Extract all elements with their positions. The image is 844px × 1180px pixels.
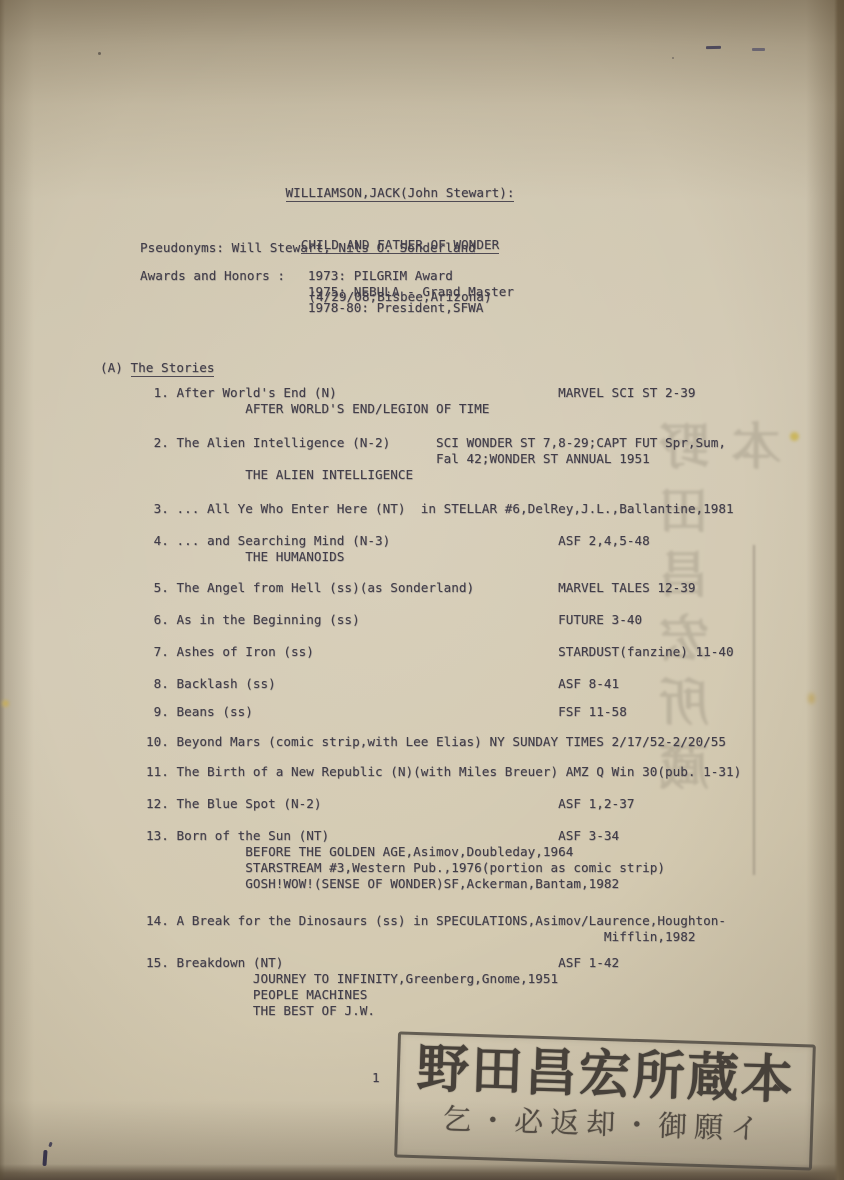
title-author-line: WILLIAMSON,JACK(John Stewart): — [250, 184, 550, 201]
paper-speck — [672, 57, 674, 59]
ghost-stamp-border — [753, 545, 755, 875]
story-item-5: 5. The Angel from Hell (ss)(as Sonderlan… — [146, 580, 696, 596]
story-item-11: 11. The Birth of a New Republic (N)(with… — [146, 764, 741, 780]
story-item-10: 10. Beyond Mars (comic strip,with Lee El… — [146, 734, 726, 750]
section-title: The Stories — [131, 360, 215, 377]
story-item-1: 1. After World's End (N) MARVEL SCI ST 2… — [146, 385, 696, 417]
ghost-stamp-bleedthrough: 野田昌宏所蔵本 — [652, 420, 796, 860]
page-number: 1 — [372, 1070, 380, 1086]
pen-dash-mark — [752, 48, 765, 51]
scanned-page: 野田昌宏所蔵本 WILLIAMSON,JACK(John Stewart): C… — [0, 0, 844, 1180]
section-heading: (A) The Stories — [100, 360, 214, 376]
pseudonyms-line: Pseudonyms: Will Stewart, Nils O. Sonder… — [140, 240, 476, 256]
paper-speck — [98, 52, 101, 55]
story-item-2: 2. The Alien Intelligence (N-2) SCI WOND… — [146, 435, 726, 483]
paper-stain — [2, 700, 9, 707]
pen-mark — [48, 1142, 52, 1148]
story-item-7: 7. Ashes of Iron (ss) STARDUST(fanzine) … — [146, 644, 734, 660]
story-item-4: 4. ... and Searching Mind (N-3) ASF 2,4,… — [146, 533, 650, 565]
story-item-13: 13. Born of the Sun (NT) ASF 3-34 BEFORE… — [146, 828, 665, 892]
story-item-8: 8. Backlash (ss) ASF 8-41 — [146, 676, 619, 692]
story-item-15: 15. Breakdown (NT) ASF 1-42 JOURNEY TO I… — [146, 955, 619, 1019]
pen-mark — [42, 1150, 47, 1166]
story-item-14: 14. A Break for the Dinosaurs (ss) in SP… — [146, 913, 726, 945]
story-item-6: 6. As in the Beginning (ss) FUTURE 3-40 — [146, 612, 642, 628]
story-item-12: 12. The Blue Spot (N-2) ASF 1,2-37 — [146, 796, 634, 812]
paper-stain — [808, 693, 815, 704]
title-author-text: WILLIAMSON,JACK(John Stewart): — [286, 185, 515, 202]
pen-dash-mark — [706, 46, 721, 49]
awards-block: Awards and Honors : 1973: PILGRIM Award … — [140, 268, 514, 316]
ownership-stamp: 野田昌宏所蔵本 乞・必返却・御願イ — [394, 1031, 816, 1170]
story-item-9: 9. Beans (ss) FSF 11-58 — [146, 704, 627, 720]
story-item-3: 3. ... All Ye Who Enter Here (NT) in STE… — [146, 501, 734, 517]
section-letter: (A) — [100, 360, 131, 375]
